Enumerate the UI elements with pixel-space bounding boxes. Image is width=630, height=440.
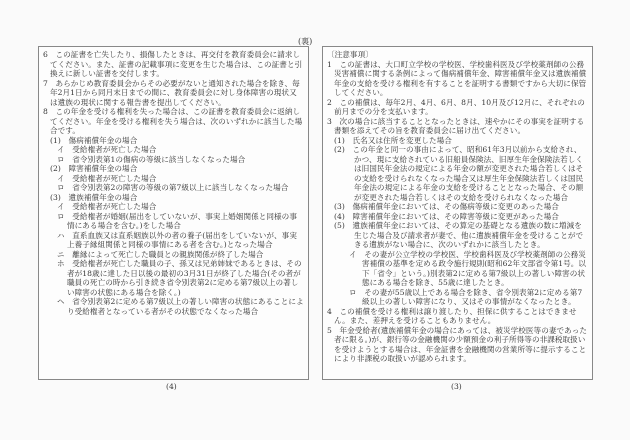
left-panel-notes-continued: 6 この証書を亡失したり、損傷したときは、再交付を教育委員会に請求してください。…	[38, 46, 309, 380]
sub-item: (5) 遺族補償年金においては、その算定の基礎となる遺族の数に増減を生じた場合及…	[327, 221, 588, 250]
note-item-2: 2 この補償は、毎年2月、4月、6月、8月、10月及び12月に、それぞれの前月ま…	[327, 98, 588, 117]
sub-heading-1: (1) 傷病補償年金の場合	[43, 136, 304, 146]
note-item-5: 5 年金受給者(遺族補償年金の場合にあっては、被災学校医等の妻であった者に限る。…	[327, 326, 588, 364]
sub-sub-item: イ その妻が公立学校の学校医、学校歯科医及び学校薬剤師の公務災害補償の基準を定め…	[327, 250, 588, 288]
sub-item: ロ 省令別表第1の傷病の等級に該当しなくなった場合	[43, 155, 304, 165]
sub-item: (2) この年金と同一の事由によって、昭和61年3月以前から支給され、かつ、現に…	[327, 145, 588, 202]
page-number-right: (3)	[451, 382, 462, 391]
note-item-4: 4 この補償を受ける権利は譲り渡したり、担保に供することはできません。また、差押…	[327, 307, 588, 326]
note-item-6: 6 この証書を亡失したり、損傷したときは、再交付を教育委員会に請求してください。…	[43, 50, 304, 79]
sub-heading-3: (3) 遺族補償年金の場合	[43, 193, 304, 203]
sub-item: イ 受給権者が死亡した場合	[43, 145, 304, 155]
sub-sub-item: ロ その妻が55歳以上である場合を除き、省令別表第2に定める第7級以上の著しい障…	[327, 288, 588, 307]
sub-item: ニ 離縁によって死亡した職員との親族関係が終了した場合	[43, 250, 304, 260]
sub-heading-2: (2) 障害補償年金の場合	[43, 164, 304, 174]
sub-item: ホ 受給権者が死亡した職員の子、孫又は兄弟姉妹であるときは、その者が18歳に達し…	[43, 259, 304, 297]
sub-item: ロ 受給権者が婚姻(届出をしていないが、事実上婚姻関係と同様の事情にある場合を含…	[43, 212, 304, 231]
sub-item: ヘ 省令別表第2に定める第7級以上の著しい障害の状態にあることにより受給権者とな…	[43, 297, 304, 316]
sub-item: イ 受給権者が死亡した場合	[43, 174, 304, 184]
sub-item: (3) 傷病補償年金においては、その傷病等級に変更のあった場合	[327, 202, 588, 212]
sub-item: ハ 直系血族又は直系姻族以外の者の養子(届出をしていないが、事実上養子縁組関係と…	[43, 231, 304, 250]
notes-title: 〔注意事項〕	[327, 50, 588, 60]
sub-item: イ 受給権者が死亡した場合	[43, 202, 304, 212]
note-item-3: 3 次の場合に該当することとなったときは、速やかにその事実を証明する書類を添えて…	[327, 117, 588, 136]
sub-item: ロ 省令別表第2の障害の等級の第7級以上に該当しなくなった場合	[43, 183, 304, 193]
page-number-left: (4)	[166, 382, 177, 391]
right-panel-notes: 〔注意事項〕 1 この証書は、大口町立学校の学校医、学校歯科医及び学校薬剤師の公…	[322, 46, 593, 380]
sub-item: (1) 氏名又は住所を変更した場合	[327, 136, 588, 146]
note-item-1: 1 この証書は、大口町立学校の学校医、学校歯科医及び学校薬剤師の公務災害補償に関…	[327, 60, 588, 98]
note-item-8: 8 この年金を受ける権利を失った場合は、この証書を教育委員会に返納してください。…	[43, 107, 304, 136]
note-item-7: 7 あらかじめ教育委員会からその必要がないと通知された場合を除き、毎年2月1日か…	[43, 79, 304, 108]
sub-item: (4) 障害補償年金においては、その障害等級に変更があった場合	[327, 212, 588, 222]
